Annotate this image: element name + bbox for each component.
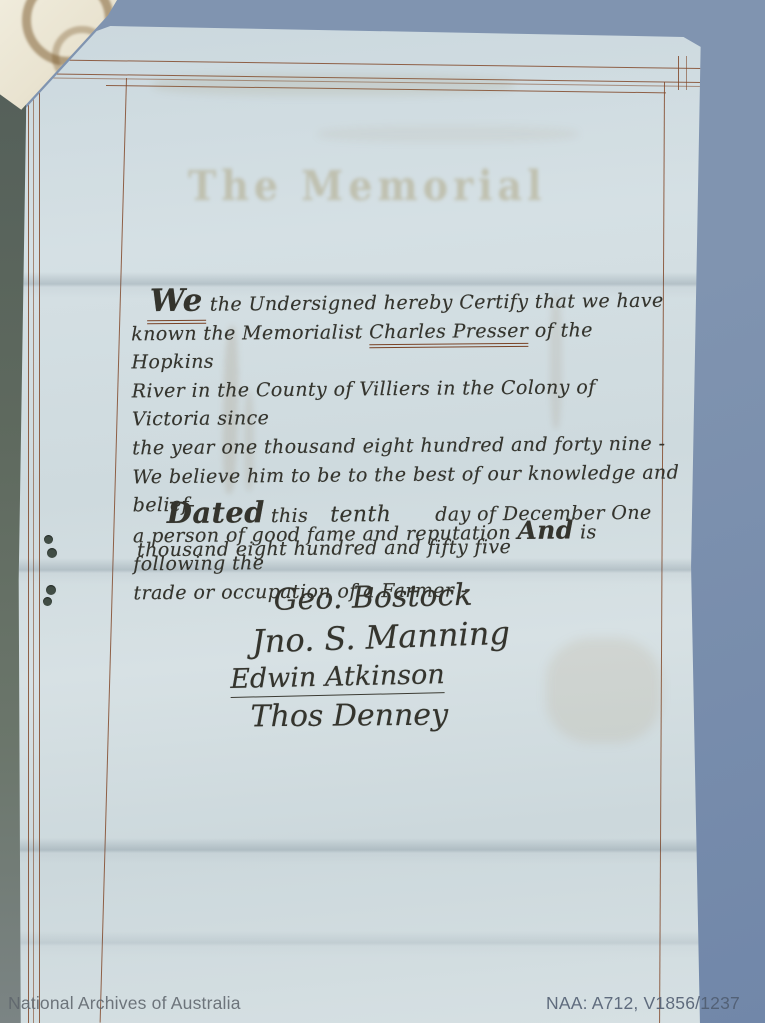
naa-watermark-right: NAA: A712, V1856/1237 <box>546 993 740 1014</box>
opening-initial: We <box>147 283 206 325</box>
body-line: Wethe Undersigned hereby Certify that we… <box>131 290 664 317</box>
handwriting-layer: Wethe Undersigned hereby Certify that we… <box>0 0 765 1023</box>
dated-word: Dated <box>133 495 265 530</box>
signature: Edwin Atkinson <box>230 659 445 698</box>
body-line: the year one thousand eight hundred and … <box>132 433 665 460</box>
day-name: tenth <box>330 502 391 528</box>
body-line: River in the County of Villiers in the C… <box>132 376 596 431</box>
signature: Thos Denney <box>250 698 448 735</box>
naa-watermark-left: National Archives of Australia <box>8 993 241 1014</box>
month-year: December One <box>503 502 652 525</box>
dated-section: Datedthistenthday of December One thousa… <box>133 492 682 562</box>
archive-scan: The Memorial Wethe Undersigned hereby Ce… <box>0 0 765 1023</box>
memorialist-name: Charles Presser <box>369 319 528 347</box>
signature: Geo. Bostock <box>273 578 473 618</box>
signature: Jno. S. Manning <box>251 614 510 661</box>
body-line: known the Memorialist Charles Presser of… <box>131 319 593 374</box>
